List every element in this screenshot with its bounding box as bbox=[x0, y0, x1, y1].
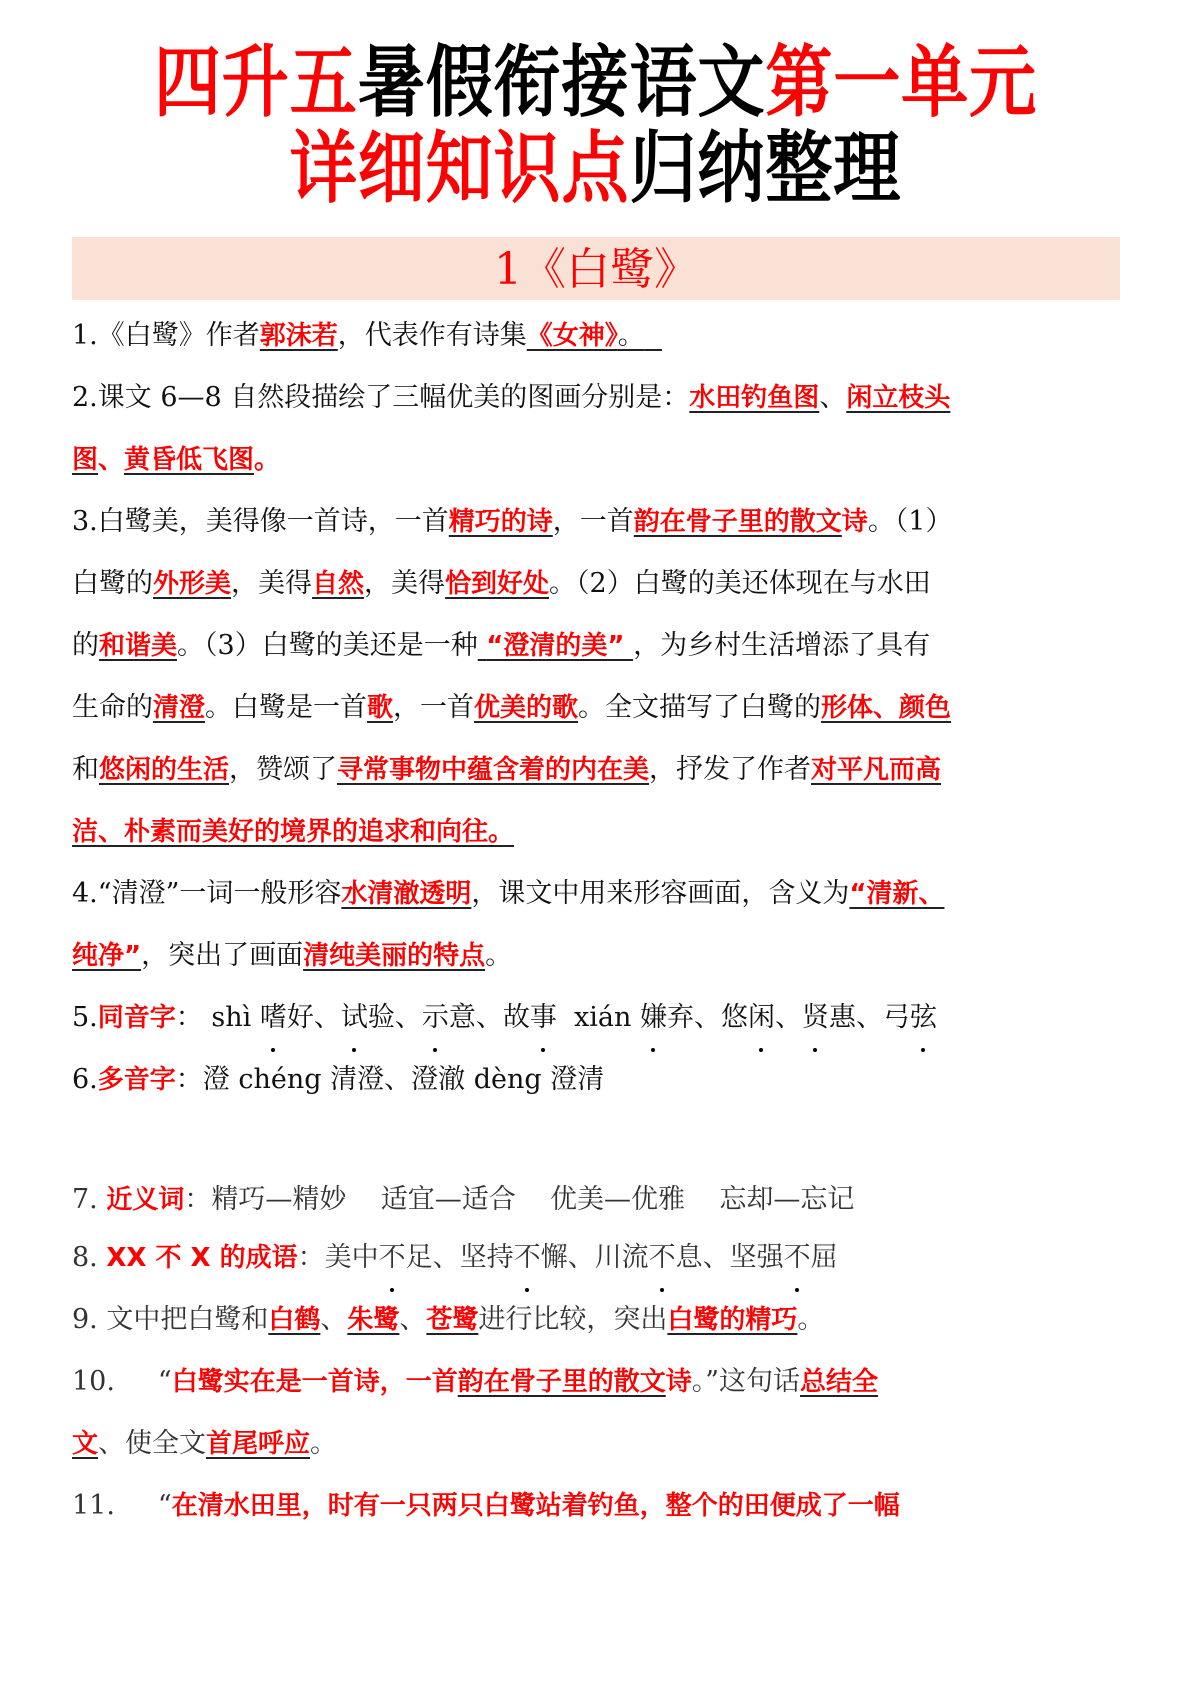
answer: 精巧的诗 bbox=[449, 507, 553, 537]
text: ： bbox=[298, 1242, 325, 1273]
item-3-line-6: 洁、朴素而美好的境界的追求和向往。 bbox=[72, 804, 1122, 866]
char: 意 bbox=[449, 1002, 476, 1033]
page-title-line-2: 详细知识点归纳整理 bbox=[83, 126, 1107, 212]
homophone-group-1: 嗜好、试验、示意、故事 bbox=[260, 1002, 557, 1033]
punct: “ bbox=[158, 1366, 172, 1397]
text: 。 bbox=[485, 940, 512, 971]
item-11: 11. “在清水田里，时有一只两只白鹭站着钓鱼，整个的田便成了一幅 bbox=[72, 1478, 1122, 1540]
answer: 朱鹭 bbox=[347, 1305, 399, 1335]
text: 。（2）白鹭的美还体现在与水田 bbox=[549, 568, 931, 599]
item-number: 10. bbox=[72, 1366, 115, 1397]
text: 。 bbox=[310, 1428, 337, 1459]
char-dotted: 贤 bbox=[802, 990, 829, 1046]
item-number: 6. bbox=[72, 1064, 98, 1095]
text: 9. 文中把白鹭和 bbox=[72, 1304, 268, 1335]
answer: 外形美 bbox=[153, 569, 231, 599]
char-dotted: 弦 bbox=[910, 990, 937, 1046]
char-dotted: 事 bbox=[530, 990, 557, 1046]
char: 悠 bbox=[721, 1002, 748, 1033]
char-dotted: 不 bbox=[784, 1230, 811, 1286]
char: 惠 bbox=[829, 1002, 856, 1033]
quote: 在清水田里，时有一只两只白鹭站着钓鱼，整个的田便成了一幅 bbox=[172, 1491, 900, 1521]
answer: 自然 bbox=[312, 569, 364, 599]
text: ，为乡村生活增添了具有 bbox=[633, 630, 930, 661]
punct: 、 bbox=[98, 445, 124, 475]
text: 。 bbox=[797, 1304, 824, 1335]
char: 验 bbox=[368, 1002, 395, 1033]
punct: 。 bbox=[618, 320, 645, 351]
item-2-text: 2.课文 6—8 自然段描绘了三幅优美的图画分别是： bbox=[72, 382, 689, 413]
punct: 、 bbox=[568, 1242, 595, 1273]
item-number: 8. bbox=[72, 1242, 98, 1273]
idiom-part: 美中 bbox=[325, 1242, 379, 1273]
answer: 纯净” bbox=[72, 941, 141, 971]
item-10-cont: 文、使全文首尾呼应。 bbox=[72, 1416, 1122, 1478]
item-6: 6.多音字：澄 chéng 清澄、澄澈 dèng 澄清 bbox=[72, 1052, 1122, 1114]
text: 。全文描写了白鹭的 bbox=[578, 692, 821, 723]
item-2: 2.课文 6—8 自然段描绘了三幅优美的图画分别是：水田钓鱼图、闲立枝头 bbox=[72, 370, 1122, 432]
text: 。（3）白鹭的美还是一种 bbox=[177, 630, 478, 661]
item-4-cont: 纯净”，突出了画面清纯美丽的特点。 bbox=[72, 928, 1122, 990]
idiom-part: 懈 bbox=[541, 1242, 568, 1273]
answer: 恰到好处 bbox=[445, 569, 549, 599]
idiom-part: 屈 bbox=[811, 1242, 838, 1273]
memory-tip bbox=[72, 1114, 1122, 1172]
text: ：精巧—精妙 适宜—适合 优美—优雅 忘却—忘记 bbox=[184, 1184, 854, 1215]
text: ，美得 bbox=[231, 568, 312, 599]
text: ，美得 bbox=[364, 568, 445, 599]
text: ，一首 bbox=[393, 692, 474, 723]
answer: 首尾呼应 bbox=[206, 1429, 310, 1459]
text: 。”这句话 bbox=[692, 1366, 800, 1397]
text: ，赞颂了 bbox=[229, 754, 337, 785]
answer: 歌 bbox=[367, 693, 393, 723]
punct: 、 bbox=[314, 1002, 341, 1033]
title-unit: 第一单元 bbox=[765, 38, 1037, 128]
idiom-part: 足 bbox=[406, 1242, 433, 1273]
item-1: 1.《白鹭》作者郭沫若，代表作有诗集《女神》。 bbox=[72, 308, 1122, 370]
item-5: 5.同音字： shì 嗜好、试验、示意、故事 xián 嫌弃、悠闲、贤惠、弓弦 bbox=[72, 990, 1122, 1052]
char-dotted: 闲 bbox=[748, 990, 775, 1046]
text: 生命的 bbox=[72, 692, 153, 723]
char: 故 bbox=[503, 1002, 530, 1033]
text: ：澄 chéng 清澄、澄澈 dèng 澄清 bbox=[176, 1064, 604, 1095]
answer: 优美的歌 bbox=[474, 693, 578, 723]
answer: “澄清的美” bbox=[486, 631, 624, 661]
item-number: 5. bbox=[72, 1002, 98, 1033]
text: 。白鹭是一首 bbox=[205, 692, 367, 723]
char-dotted: 不 bbox=[514, 1230, 541, 1286]
answer-picture-1: 水田钓鱼图 bbox=[689, 383, 819, 413]
quote: 白鹭实在是一首诗，一首 bbox=[172, 1367, 458, 1397]
answer-picture-3: 黄昏低飞图 bbox=[124, 445, 254, 475]
text: 。（1） bbox=[868, 506, 953, 537]
item-3-line-4: 生命的清澄。白鹭是一首歌，一首优美的歌。全文描写了白鹭的形体、颜色 bbox=[72, 680, 1122, 742]
answer: 洁、朴素而美好的境界的追求和向往。 bbox=[72, 817, 514, 847]
item-3-line-5: 和悠闲的生活，赞颂了寻常事物中蕴含着的内在美，抒发了作者对平凡而高 bbox=[72, 742, 1122, 804]
item-8: 8. XX 不 X 的成语：美中不足、坚持不懈、川流不息、坚强不屈 bbox=[72, 1230, 1122, 1292]
answer: 水清澈透明 bbox=[341, 879, 471, 909]
item-4: 4.“清澄”一词一般形容水清澈透明，课文中用来形容画面，含义为“清新、 bbox=[72, 866, 1122, 928]
answer: 文 bbox=[72, 1429, 98, 1459]
text: 、使全文 bbox=[98, 1428, 206, 1459]
char-dotted: 嫌 bbox=[640, 990, 667, 1046]
homophone-group-2: 嫌弃、悠闲、贤惠、弓弦 bbox=[640, 1002, 937, 1033]
text: ，突出了画面 bbox=[141, 940, 303, 971]
page-title-line-1: 四升五暑假衔接语文第一单元 bbox=[83, 40, 1107, 126]
quote: 诗 bbox=[666, 1367, 692, 1397]
punct: “ bbox=[158, 1490, 172, 1521]
text: 和 bbox=[72, 754, 99, 785]
punct: 、 bbox=[703, 1242, 730, 1273]
text: 3.白鹭美，美得像一首诗，一首 bbox=[72, 506, 449, 537]
item-10: 10. “白鹭实在是一首诗，一首韵在骨子里的散文诗。”这句话总结全 bbox=[72, 1354, 1122, 1416]
item-3: 3.白鹭美，美得像一首诗，一首精巧的诗，一首韵在骨子里的散文诗。（1） bbox=[72, 494, 1122, 556]
item-3-line-3: 的和谐美。（3）白鹭的美还是一种 “澄清的美” ，为乡村生活增添了具有 bbox=[72, 618, 1122, 680]
text: 的 bbox=[72, 630, 99, 661]
answer: 白鹤 bbox=[268, 1305, 320, 1335]
title-detail: 详细知识点 bbox=[290, 124, 630, 214]
title-summary: 归纳整理 bbox=[629, 124, 901, 214]
title-subject: 暑假衔接语文 bbox=[358, 38, 766, 128]
answer-picture-2: 闲立枝头 bbox=[846, 383, 950, 413]
item-2-cont: 图、黄昏低飞图。 bbox=[72, 432, 1122, 494]
item-1-text-2: ，代表作有诗集 bbox=[338, 320, 527, 351]
answer: 总结全 bbox=[800, 1367, 878, 1397]
char: 弓 bbox=[883, 1002, 910, 1033]
answer: 悠闲的生活 bbox=[99, 755, 229, 785]
punct: 。 bbox=[254, 445, 280, 475]
item-number: 11. bbox=[72, 1490, 115, 1521]
answer: 形体、颜色 bbox=[821, 693, 951, 723]
char-dotted: 试 bbox=[341, 990, 368, 1046]
answer: 韵在骨子里的散文 bbox=[634, 507, 842, 537]
answer: 诗 bbox=[842, 507, 868, 537]
answer: 寻常事物中蕴含着的内在美 bbox=[337, 755, 649, 785]
text: 进行比较，突出 bbox=[478, 1304, 667, 1335]
punct: 、 bbox=[399, 1304, 426, 1335]
text: ，一首 bbox=[553, 506, 634, 537]
answer: 清澄 bbox=[153, 693, 205, 723]
answer-author: 郭沫若 bbox=[260, 321, 338, 351]
idiom-part: 川流 bbox=[595, 1242, 649, 1273]
notes-body: 1.《白鹭》作者郭沫若，代表作有诗集《女神》。 2.课文 6—8 自然段描绘了三… bbox=[72, 308, 1122, 1540]
punct: 、 bbox=[694, 1002, 721, 1033]
answer: 苍鹭 bbox=[426, 1305, 478, 1335]
idiom-part: 坚强 bbox=[730, 1242, 784, 1273]
label-synonyms: 近义词 bbox=[106, 1185, 184, 1215]
answer: 白鹭的精巧 bbox=[667, 1305, 797, 1335]
char-dotted: 嗜 bbox=[260, 990, 287, 1046]
punct: 、 bbox=[320, 1304, 347, 1335]
section-heading: 1《白鹭》 bbox=[72, 237, 1120, 300]
answer-picture-2-end: 图 bbox=[72, 445, 98, 475]
punct: 、 bbox=[433, 1242, 460, 1273]
punct: 、 bbox=[819, 382, 846, 413]
section-heading-band: 1《白鹭》 bbox=[72, 237, 1120, 300]
punct: 、 bbox=[775, 1002, 802, 1033]
item-7: 7. 近义词：精巧—精妙 适宜—适合 优美—优雅 忘却—忘记 bbox=[72, 1172, 1122, 1230]
label-polyphones: 多音字 bbox=[98, 1065, 176, 1095]
punct: 、 bbox=[476, 1002, 503, 1033]
text: ，课文中用来形容画面，含义为 bbox=[471, 878, 849, 909]
answer: “清新、 bbox=[849, 879, 944, 909]
char-dotted: 不 bbox=[379, 1230, 406, 1286]
pinyin: shì bbox=[211, 1002, 251, 1033]
idiom-part: 息 bbox=[676, 1242, 703, 1273]
punct: 、 bbox=[395, 1002, 422, 1033]
answer: 和谐美 bbox=[99, 631, 177, 661]
item-number: 7. bbox=[72, 1184, 98, 1215]
title-grade: 四升五 bbox=[154, 38, 358, 128]
item-3-line-2: 白鹭的外形美，美得自然，美得恰到好处。（2）白鹭的美还体现在与水田 bbox=[72, 556, 1122, 618]
pinyin: xián bbox=[574, 1002, 631, 1033]
label-homophones: 同音字 bbox=[98, 1003, 176, 1033]
char: 弃 bbox=[667, 1002, 694, 1033]
item-1-text: 1.《白鹭》作者 bbox=[72, 320, 260, 351]
char-dotted: 示 bbox=[422, 990, 449, 1046]
punct: 、 bbox=[856, 1002, 883, 1033]
char-dotted: 不 bbox=[649, 1230, 676, 1286]
text: 4.“清澄”一词一般形容 bbox=[72, 878, 341, 909]
text: ： bbox=[176, 1002, 203, 1033]
label-idioms: XX 不 X 的成语 bbox=[106, 1243, 297, 1273]
answer: 韵在骨子里的散文 bbox=[458, 1367, 666, 1397]
text: 白鹭的 bbox=[72, 568, 153, 599]
answer: 清纯美丽的特点 bbox=[303, 941, 485, 971]
text: ，抒发了作者 bbox=[649, 754, 811, 785]
idiom-part: 坚持 bbox=[460, 1242, 514, 1273]
char: 好 bbox=[287, 1002, 314, 1033]
answer: 对平凡而高 bbox=[811, 755, 941, 785]
item-9: 9. 文中把白鹭和白鹤、朱鹭、苍鹭进行比较，突出白鹭的精巧。 bbox=[72, 1292, 1122, 1354]
answer-poetry-collection: 《女神》 bbox=[527, 321, 618, 351]
